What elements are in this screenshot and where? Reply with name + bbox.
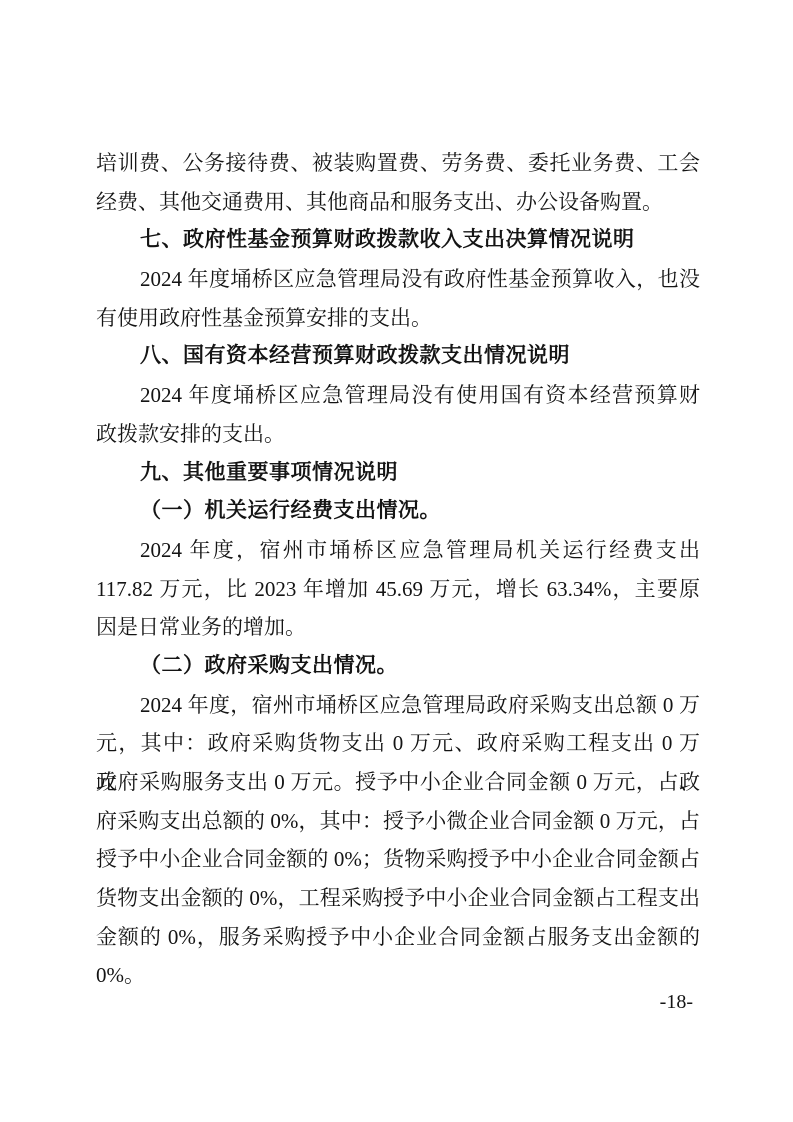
text-line: 117.82 万元，比 2023 年增加 45.69 万元，增长 63.34%，… xyxy=(96,570,700,609)
section-heading-line: 八、国有资本经营预算财政拨款支出情况说明 xyxy=(96,337,700,376)
text-line: 有使用政府性基金预算安排的支出。 xyxy=(96,299,700,338)
section-heading-line: 七、政府性基金预算财政拨款收入支出决算情况说明 xyxy=(96,221,700,260)
text-line: 0%。 xyxy=(96,956,700,995)
text-line: 2024 年度埇桥区应急管理局没有政府性基金预算收入，也没 xyxy=(96,260,700,299)
text-line: 元，其中：政府采购货物支出 0 万元、政府采购工程支出 0 万元、 xyxy=(96,724,700,763)
text-line: 因是日常业务的增加。 xyxy=(96,608,700,647)
text-line: 授予中小企业合同金额的 0%；货物采购授予中小企业合同金额占 xyxy=(96,840,700,879)
section-heading-line: （一）机关运行经费支出情况。 xyxy=(96,492,700,531)
text-line: 货物支出金额的 0%，工程采购授予中小企业合同金额占工程支出 xyxy=(96,879,700,918)
text-line: 金额的 0%，服务采购授予中小企业合同金额占服务支出金额的 xyxy=(96,918,700,957)
text-line: 2024 年度埇桥区应急管理局没有使用国有资本经营预算财 xyxy=(96,376,700,415)
text-line: 经费、其他交通费用、其他商品和服务支出、办公设备购置。 xyxy=(96,183,700,222)
text-line: 政府采购服务支出 0 万元。授予中小企业合同金额 0 万元，占政 xyxy=(96,763,700,802)
text-line: 2024 年度，宿州市埇桥区应急管理局政府采购支出总额 0 万 xyxy=(96,686,700,725)
text-line: 政拨款安排的支出。 xyxy=(96,415,700,454)
document-page: 培训费、公务接待费、被装购置费、劳务费、委托业务费、工会经费、其他交通费用、其他… xyxy=(0,0,793,1122)
text-line: 2024 年度，宿州市埇桥区应急管理局机关运行经费支出 xyxy=(96,531,700,570)
text-line: 培训费、公务接待费、被装购置费、劳务费、委托业务费、工会 xyxy=(96,144,700,183)
section-heading-line: （二）政府采购支出情况。 xyxy=(96,647,700,686)
section-heading-line: 九、其他重要事项情况说明 xyxy=(96,454,700,493)
document-body: 培训费、公务接待费、被装购置费、劳务费、委托业务费、工会经费、其他交通费用、其他… xyxy=(96,144,700,995)
page-number: -18- xyxy=(660,988,693,1016)
text-line: 府采购支出总额的 0%，其中：授予小微企业合同金额 0 万元，占 xyxy=(96,802,700,841)
